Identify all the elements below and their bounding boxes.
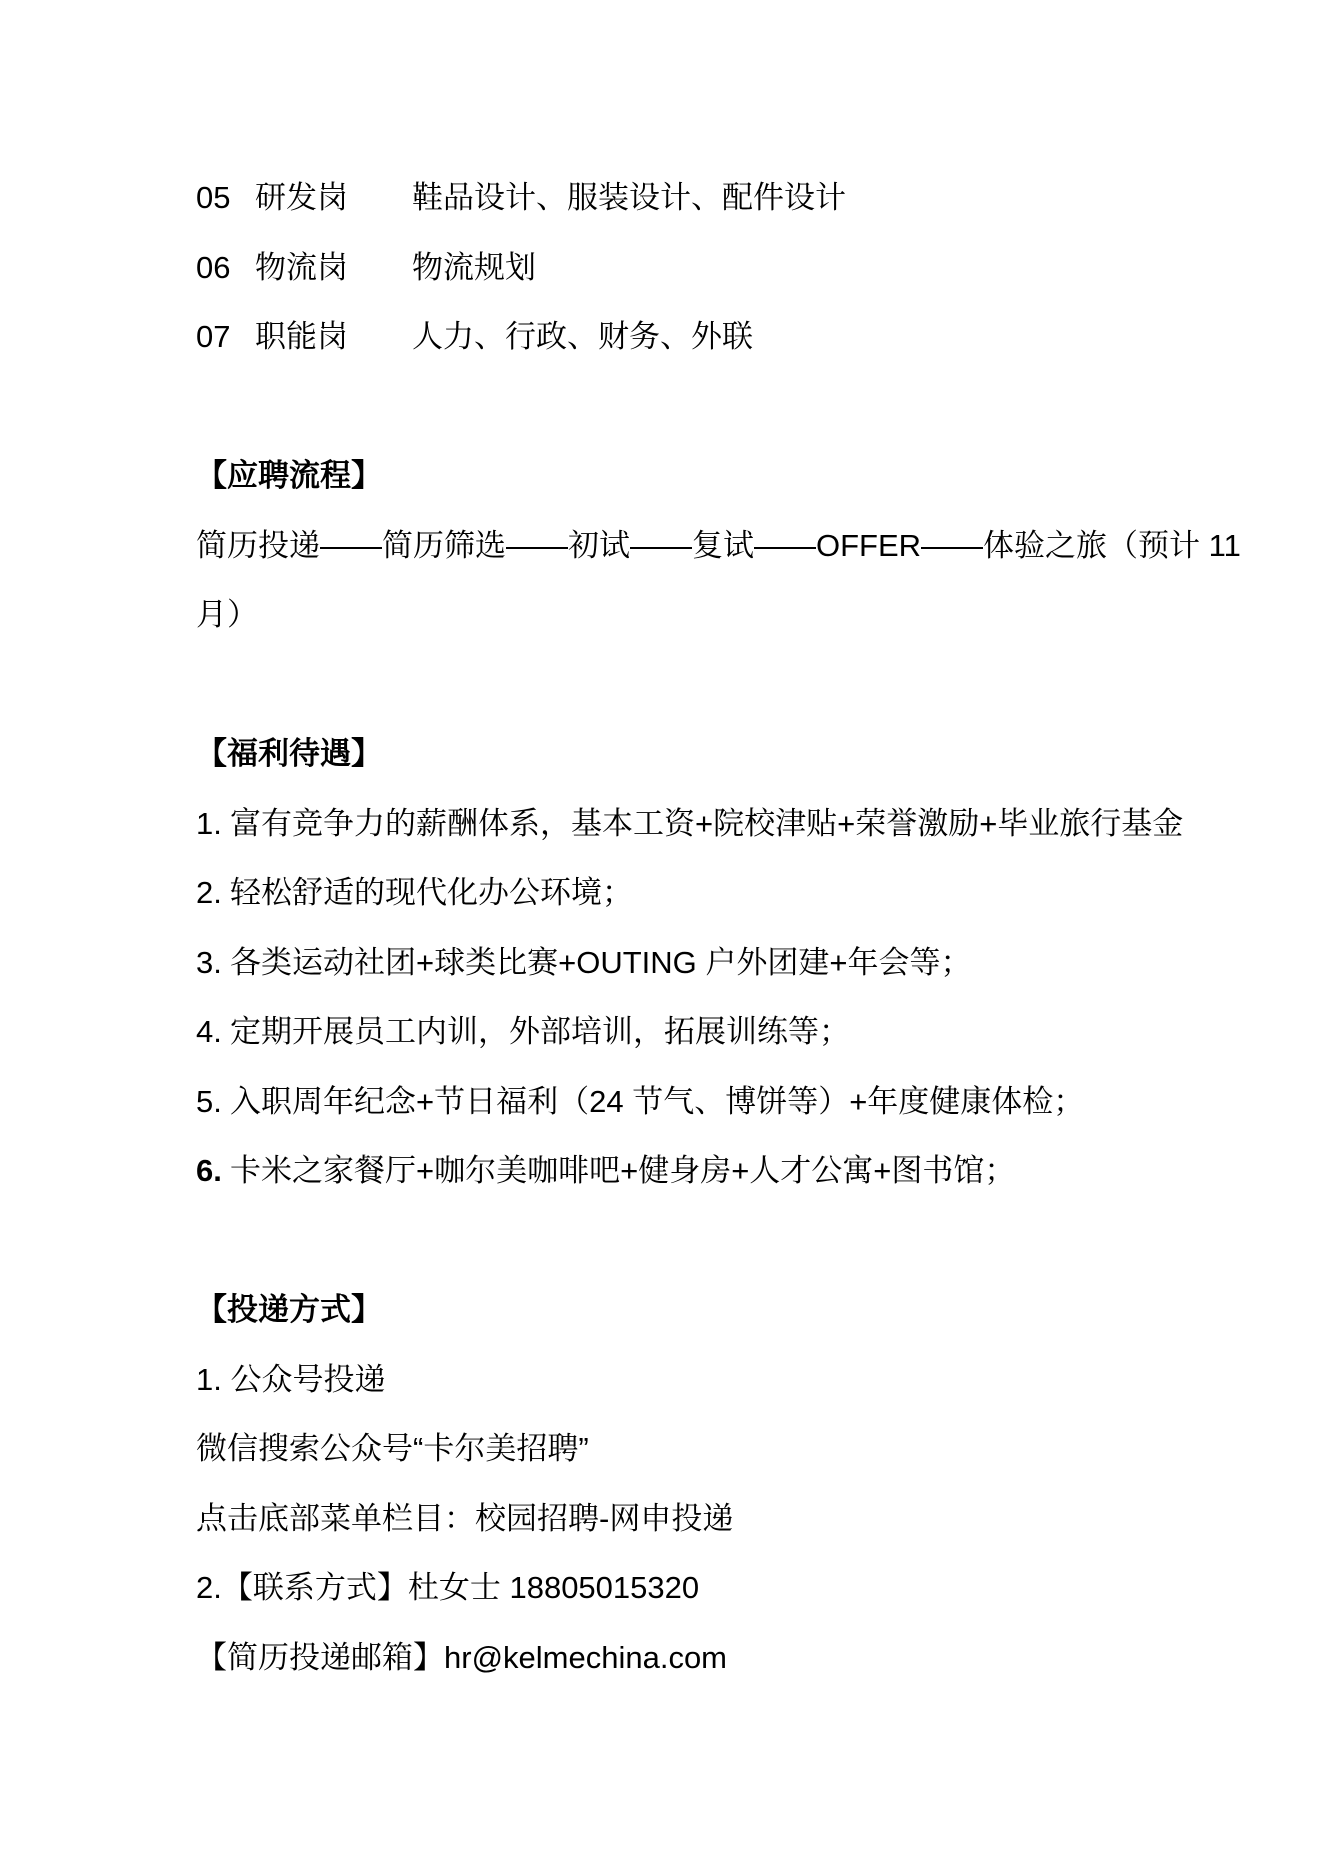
row-position-name: 职能岗: [255, 321, 412, 352]
benefit-item: 6. 卡米之家餐厅+咖尔美咖啡吧+健身房+人才公寓+图书馆；: [196, 1136, 1263, 1206]
row-number: 07: [196, 321, 255, 352]
section-heading-process: 【应聘流程】: [196, 441, 1263, 511]
benefit-item: 1. 富有竞争力的薪酬体系，基本工资+院校津贴+荣誉激励+毕业旅行基金: [196, 789, 1263, 859]
spacer-line: [196, 372, 1263, 442]
benefit-item-text: 轻松舒适的现代化办公环境；: [230, 877, 633, 908]
document-page: 05 研发岗 鞋品设计、服装设计、配件设计 06 物流岗 物流规划 07 职能岗…: [0, 0, 1323, 1871]
benefit-item-marker: 6.: [196, 1155, 230, 1186]
benefit-item-marker: 2.: [196, 877, 230, 908]
row-number: 06: [196, 252, 255, 283]
spacer-line: [196, 650, 1263, 720]
benefit-item-marker: 1.: [196, 808, 230, 839]
benefit-item-text: 定期开展员工内训，外部培训，拓展训练等；: [230, 1016, 850, 1047]
resume-email-line: 【简历投递邮箱】hr@kelmechina.com: [196, 1623, 1263, 1693]
menu-path-line: 点击底部菜单栏目：校园招聘-网申投递: [196, 1484, 1263, 1554]
section-heading-benefits: 【福利待遇】: [196, 719, 1263, 789]
benefit-item-text: 卡米之家餐厅+咖尔美咖啡吧+健身房+人才公寓+图书馆；: [230, 1155, 1015, 1186]
table-row: 05 研发岗 鞋品设计、服装设计、配件设计: [196, 163, 1263, 233]
benefit-item: 3. 各类运动社团+球类比赛+OUTING 户外团建+年会等；: [196, 928, 1263, 998]
table-row: 06 物流岗 物流规划: [196, 233, 1263, 303]
row-number: 05: [196, 182, 255, 213]
benefit-item-marker: 5.: [196, 1086, 230, 1117]
table-row: 07 职能岗 人力、行政、财务、外联: [196, 302, 1263, 372]
row-position-name: 研发岗: [255, 182, 412, 213]
row-position-name: 物流岗: [255, 252, 412, 283]
spacer-line: [196, 1206, 1263, 1276]
benefit-item: 2. 轻松舒适的现代化办公环境；: [196, 858, 1263, 928]
benefit-item-marker: 3.: [196, 947, 230, 978]
apply-method-line: 1. 公众号投递: [196, 1345, 1263, 1415]
benefit-item: 4. 定期开展员工内训，外部培训，拓展训练等；: [196, 997, 1263, 1067]
process-flow-line-wrap: 月）: [196, 580, 1263, 650]
benefit-item-marker: 4.: [196, 1016, 230, 1047]
benefit-item: 5. 入职周年纪念+节日福利（24 节气、博饼等）+年度健康体检；: [196, 1067, 1263, 1137]
wechat-search-line: 微信搜索公众号“卡尔美招聘”: [196, 1414, 1263, 1484]
benefit-item-text: 富有竞争力的薪酬体系，基本工资+院校津贴+荣誉激励+毕业旅行基金: [230, 808, 1183, 839]
contact-line: 2.【联系方式】杜女士 18805015320: [196, 1553, 1263, 1623]
benefit-item-text: 入职周年纪念+节日福利（24 节气、博饼等）+年度健康体检；: [230, 1086, 1084, 1117]
row-position-detail: 人力、行政、财务、外联: [412, 321, 1263, 352]
process-flow-line: 简历投递——简历筛选——初试——复试——OFFER——体验之旅（预计 11: [196, 511, 1263, 581]
row-position-detail: 物流规划: [412, 252, 1263, 283]
section-heading-apply: 【投递方式】: [196, 1275, 1263, 1345]
row-position-detail: 鞋品设计、服装设计、配件设计: [412, 182, 1263, 213]
benefit-item-text: 各类运动社团+球类比赛+OUTING 户外团建+年会等；: [230, 947, 971, 978]
